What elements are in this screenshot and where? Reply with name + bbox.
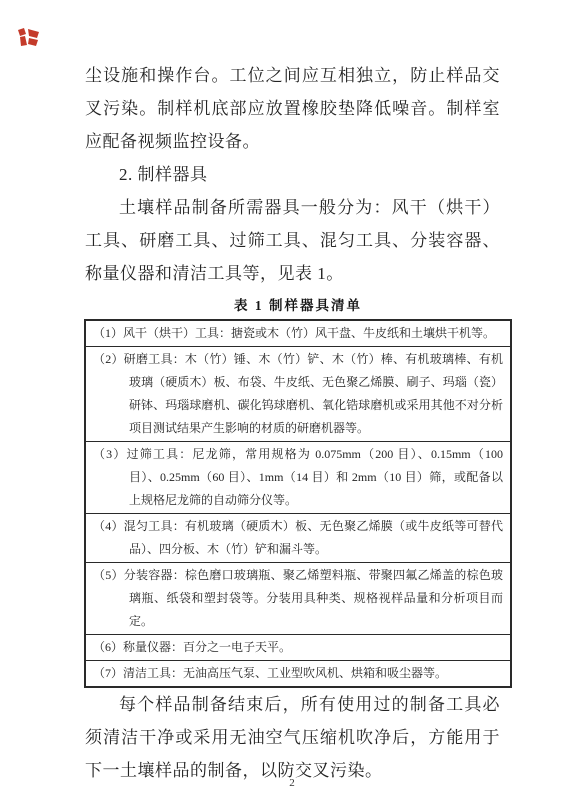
table-title: 表 1 制样器具清单 [84, 294, 512, 314]
paragraph-continued: 尘设施和操作台。工位之间应互相独立，防止样品交叉污染。制样机底部应放置橡胶垫降低… [85, 59, 500, 158]
table-row: （1）风干（烘干）工具：搪瓷或木（竹）风干盘、牛皮纸和土壤烘干机等。 [86, 321, 510, 346]
table-row: （4）混匀工具：有机玻璃（硬质木）板、无色聚乙烯膜（或牛皮纸等可替代品）、四分板… [86, 513, 510, 562]
table-row: （6）称量仪器：百分之一电子天平。 [86, 634, 510, 660]
paragraph-closing: 每个样品制备结束后，所有使用过的制备工具必须清洁干净或采用无油空气压缩机吹净后，… [85, 688, 500, 787]
table-row: （2）研磨工具：木（竹）锤、木（竹）铲、木（竹）棒、有机玻璃棒、有机玻璃（硬质木… [86, 346, 510, 441]
table-row: （5）分装容器：棕色磨口玻璃瓶、聚乙烯塑料瓶、带聚四氟乙烯盖的棕色玻璃瓶、纸袋和… [86, 562, 510, 634]
table-row: （7）清洁工具：无油高压气泵、工业型吹风机、烘箱和吸尘器等。 [86, 660, 510, 686]
page-number: 2 [0, 777, 584, 789]
section-heading: 2. 制样器具 [85, 158, 500, 191]
table-row: （3）过筛工具：尼龙筛，常用规格为 0.075mm（200 目）、0.15mm（… [86, 441, 510, 513]
red-seal-fragment-icon [16, 26, 42, 48]
document-body: 尘设施和操作台。工位之间应互相独立，防止样品交叉污染。制样机底部应放置橡胶垫降低… [85, 0, 500, 787]
equipment-table: （1）风干（烘干）工具：搪瓷或木（竹）风干盘、牛皮纸和土壤烘干机等。 （2）研磨… [84, 319, 512, 688]
document-page: 尘设施和操作台。工位之间应互相独立，防止样品交叉污染。制样机底部应放置橡胶垫降低… [0, 0, 584, 798]
paragraph-intro: 土壤样品制备所需器具一般分为：风干（烘干）工具、研磨工具、过筛工具、混匀工具、分… [85, 191, 500, 290]
